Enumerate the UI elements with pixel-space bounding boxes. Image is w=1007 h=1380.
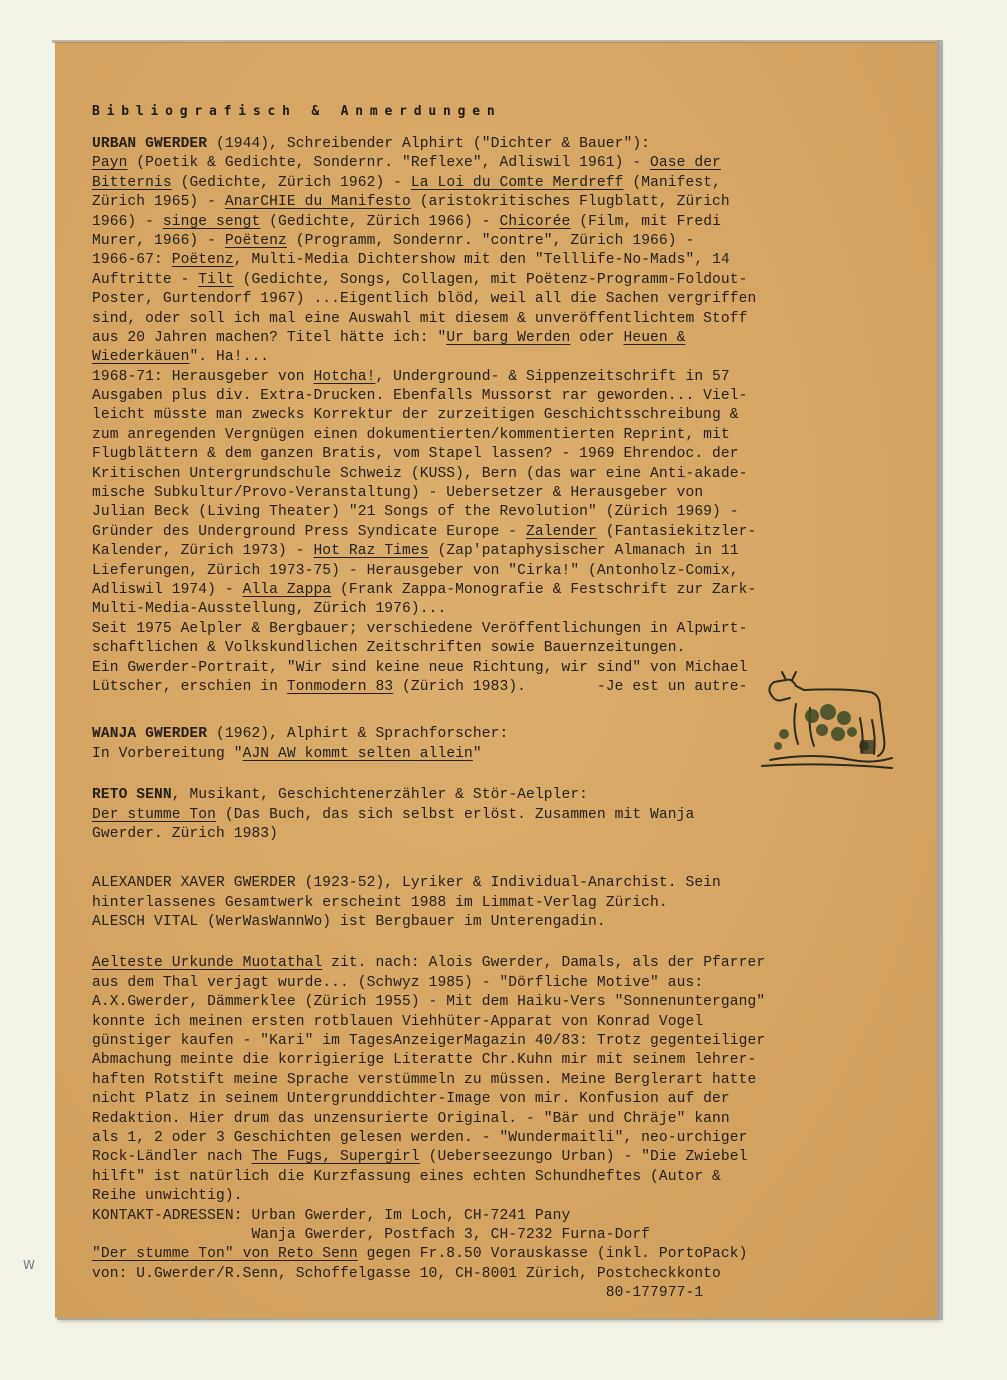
text-segment: (Gedichte, Songs, Collagen, mit Poëtenz-… bbox=[234, 272, 748, 288]
text-line: zum anregenden Vergnügen einen dokumenti… bbox=[92, 426, 922, 445]
text-segment: aus 20 Jahren machen? Titel hätte ich: " bbox=[92, 330, 446, 346]
text-segment: günstiger kaufen - "Kari" im TagesAnzeig… bbox=[92, 1033, 765, 1049]
text-line: RETO SENN, Musikant, Geschichtenerzähler… bbox=[92, 786, 922, 805]
text-line: nicht Platz in seinem Untergrunddichter-… bbox=[92, 1090, 922, 1109]
text-line: Gwerder. Zürich 1983) bbox=[92, 825, 922, 844]
text-segment: ALEXANDER XAVER GWERDER (1923-52), Lyrik… bbox=[92, 875, 721, 891]
underlined-title: Zalender bbox=[526, 524, 597, 540]
text-line: Kalender, Zürich 1973) - Hot Raz Times (… bbox=[92, 542, 922, 561]
text-segment: hinterlassenes Gesamtwerk erscheint 1988… bbox=[92, 895, 668, 911]
text-segment: mische Subkultur/Provo-Veranstaltung) - … bbox=[92, 485, 703, 501]
text-line: Adliswil 1974) - Alla Zappa (Frank Zappa… bbox=[92, 581, 922, 600]
paragraph-reto-senn: RETO SENN, Musikant, Geschichtenerzähler… bbox=[92, 786, 922, 844]
author-name: URBAN GWERDER bbox=[92, 136, 207, 152]
text-segment: (Das Buch, das sich selbst erlöst. Zusam… bbox=[216, 807, 694, 823]
text-segment: Zürich 1965) - bbox=[92, 194, 225, 210]
underlined-title: Hotcha! bbox=[313, 369, 375, 385]
text-segment: (Gedichte, Zürich 1962) - bbox=[172, 175, 411, 191]
text-line: leicht müsste man zwecks Korrektur der z… bbox=[92, 406, 922, 425]
text-segment: (Programm, Sondernr. "contre", Zürich 19… bbox=[287, 233, 694, 249]
text-segment: (aristokritisches Flugblatt, Zürich bbox=[411, 194, 730, 210]
text-line: Aelteste Urkunde Muotathal zit. nach: Al… bbox=[92, 954, 922, 973]
text-segment: 1968-71: Herausgeber von bbox=[92, 369, 313, 385]
text-line: Murer, 1966) - Poëtenz (Programm, Sonder… bbox=[92, 232, 922, 251]
text-line: mische Subkultur/Provo-Veranstaltung) - … bbox=[92, 484, 922, 503]
page-title: Bibliografisch & Anmerdungen bbox=[92, 104, 922, 119]
text-segment: aus dem Thal verjagt wurde... (Schwyz 19… bbox=[92, 975, 703, 991]
text-segment: ". Ha!... bbox=[189, 349, 269, 365]
text-segment: Redaktion. Hier drum das unzensurierte O… bbox=[92, 1111, 730, 1127]
text-segment: (Zürich 1983). -Je est un autre- bbox=[393, 679, 747, 695]
underlined-title: Alla Zappa bbox=[243, 582, 332, 598]
text-line: Poster, Gurtendorf 1967) ...Eigentlich b… bbox=[92, 290, 922, 309]
text-segment: hilft" ist natürlich die Kurzfassung ein… bbox=[92, 1169, 721, 1185]
text-line: günstiger kaufen - "Kari" im TagesAnzeig… bbox=[92, 1032, 922, 1051]
text-segment: 1966) - bbox=[92, 214, 163, 230]
text-segment: Rock-Ländler nach bbox=[92, 1149, 251, 1165]
author-name: WANJA GWERDER bbox=[92, 726, 207, 742]
text-line: Gründer des Underground Press Syndicate … bbox=[92, 523, 922, 542]
text-line: 1966) - singe sengt (Gedichte, Zürich 19… bbox=[92, 213, 922, 232]
text-segment: (Zap'pataphysischer Almanach in 11 bbox=[429, 543, 739, 559]
text-segment: Lütscher, erschien in bbox=[92, 679, 287, 695]
text-line: A.X.Gwerder, Dämmerklee (Zürich 1955) - … bbox=[92, 993, 922, 1012]
text-line: URBAN GWERDER (1944), Schreibender Alphi… bbox=[92, 135, 922, 154]
underlined-title: Poëtenz bbox=[172, 252, 234, 268]
paragraph-alexander-xaver-gwerder: ALEXANDER XAVER GWERDER (1923-52), Lyrik… bbox=[92, 874, 922, 932]
text-segment: oder bbox=[570, 330, 623, 346]
underlined-title: AnarCHIE du Manifesto bbox=[225, 194, 411, 210]
paragraph-urban-gwerder: URBAN GWERDER (1944), Schreibender Alphi… bbox=[92, 135, 922, 697]
text-line: Abmachung meinte die korrigierige Litera… bbox=[92, 1051, 922, 1070]
text-segment: von: U.Gwerder/R.Senn, Schoffelgasse 10,… bbox=[92, 1266, 721, 1282]
text-line: sind, oder soll ich mal eine Auswahl mit… bbox=[92, 310, 922, 329]
text-segment: , Musikant, Geschichtenerzähler & Stör-A… bbox=[172, 787, 588, 803]
stray-edge-mark: W bbox=[23, 1258, 35, 1272]
text-line: Wiederkäuen". Ha!... bbox=[92, 348, 922, 367]
underlined-title: Heuen & bbox=[623, 330, 685, 346]
text-segment: 80-177977-1 bbox=[92, 1285, 703, 1301]
underlined-title: Bitternis bbox=[92, 175, 172, 191]
text-segment: , Underground- & Sippenzeitschrift in 57 bbox=[375, 369, 729, 385]
author-name: RETO SENN bbox=[92, 787, 172, 803]
text-line: hinterlassenes Gesamtwerk erscheint 1988… bbox=[92, 894, 922, 913]
text-segment: , Multi-Media Dichtershow mit den "Telll… bbox=[234, 252, 730, 268]
text-line: Flugblättern & dem ganzen Bratis, vom St… bbox=[92, 445, 922, 464]
text-segment: A.X.Gwerder, Dämmerklee (Zürich 1955) - … bbox=[92, 994, 765, 1010]
text-line: Bitternis (Gedichte, Zürich 1962) - La L… bbox=[92, 174, 922, 193]
text-segment: Flugblättern & dem ganzen Bratis, vom St… bbox=[92, 446, 739, 462]
text-line: Redaktion. Hier drum das unzensurierte O… bbox=[92, 1110, 922, 1129]
text-segment: 1966-67: bbox=[92, 252, 172, 268]
text-line: Auftritte - Tilt (Gedichte, Songs, Colla… bbox=[92, 271, 922, 290]
text-segment: Auftritte - bbox=[92, 272, 198, 288]
text-line: Ausgaben plus div. Extra-Drucken. Ebenfa… bbox=[92, 387, 922, 406]
text-segment: Ausgaben plus div. Extra-Drucken. Ebenfa… bbox=[92, 388, 747, 404]
text-segment: konnte ich meinen ersten rotblauen Viehh… bbox=[92, 1014, 703, 1030]
text-line: aus dem Thal verjagt wurde... (Schwyz 19… bbox=[92, 974, 922, 993]
text-segment: (Uebersee­zungo Urban) - "Die Zwiebel bbox=[420, 1149, 748, 1165]
text-line: hilft" ist natürlich die Kurzfassung ein… bbox=[92, 1168, 922, 1187]
text-segment: Murer, 1966) - bbox=[92, 233, 225, 249]
text-line: Der stumme Ton (Das Buch, das sich selbs… bbox=[92, 806, 922, 825]
text-segment: KONTAKT-ADRESSEN: Urban Gwerder, Im Loch… bbox=[92, 1208, 570, 1224]
text-segment: sind, oder soll ich mal eine Auswahl mit… bbox=[92, 311, 747, 327]
text-segment: haften Rotstift meine Sprache verstümmel… bbox=[92, 1072, 756, 1088]
text-line: 80-177977-1 bbox=[92, 1284, 922, 1303]
paragraph-anmerkungen: Aelteste Urkunde Muotathal zit. nach: Al… bbox=[92, 954, 922, 1303]
text-segment: Reihe unwichtig). bbox=[92, 1188, 243, 1204]
text-line: KONTAKT-ADRESSEN: Urban Gwerder, Im Loch… bbox=[92, 1207, 922, 1226]
text-segment: (Frank Zappa-Monografie & Festschrift zu… bbox=[331, 582, 756, 598]
underlined-title: Poëtenz bbox=[225, 233, 287, 249]
text-line: Kritischen Untergrundschule Schweiz (KUS… bbox=[92, 465, 922, 484]
text-segment: Adliswil 1974) - bbox=[92, 582, 243, 598]
text-segment: In Vorbereitung " bbox=[92, 746, 243, 762]
text-line: 1968-71: Herausgeber von Hotcha!, Underg… bbox=[92, 368, 922, 387]
text-segment: schaftlichen & Volkskundlichen Zeitschri… bbox=[92, 640, 685, 656]
text-line: haften Rotstift meine Sprache verstümmel… bbox=[92, 1071, 922, 1090]
text-segment: als 1, 2 oder 3 Geschichten gelesen werd… bbox=[92, 1130, 747, 1146]
underlined-title: "Der stumme Ton" von Reto Senn bbox=[92, 1246, 358, 1262]
underlined-title: Payn bbox=[92, 155, 127, 171]
cow-woodcut-icon bbox=[752, 668, 902, 778]
text-segment: nicht Platz in seinem Untergrunddichter-… bbox=[92, 1091, 730, 1107]
text-segment: Poster, Gurtendorf 1967) ...Eigentlich b… bbox=[92, 291, 756, 307]
underlined-title: AJN AW kommt selten allein bbox=[243, 746, 473, 762]
underlined-title: Tonmodern 83 bbox=[287, 679, 393, 695]
text-line: aus 20 Jahren machen? Titel hätte ich: "… bbox=[92, 329, 922, 348]
text-line: Julian Beck (Living Theater) "21 Songs o… bbox=[92, 503, 922, 522]
text-segment: (Poetik & Gedichte, Sondernr. "Reflexe",… bbox=[127, 155, 650, 171]
text-segment: zum anregenden Vergnügen einen dokumenti… bbox=[92, 427, 730, 443]
underlined-title: The Fugs, Supergirl bbox=[251, 1149, 419, 1165]
text-segment: Lieferungen, Zürich 1973-75) - Herausgeb… bbox=[92, 563, 739, 579]
text-line: Wanja Gwerder, Postfach 3, CH-7232 Furna… bbox=[92, 1226, 922, 1245]
text-line: konnte ich meinen ersten rotblauen Viehh… bbox=[92, 1013, 922, 1032]
text-line: Rock-Ländler nach The Fugs, Supergirl (U… bbox=[92, 1148, 922, 1167]
text-segment: Abmachung meinte die korrigierige Litera… bbox=[92, 1052, 756, 1068]
underlined-title: Aelteste Urkunde Muotathal bbox=[92, 955, 322, 971]
underlined-title: Oase der bbox=[650, 155, 721, 171]
text-segment: Ein Gwerder-Portrait, "Wir sind keine ne… bbox=[92, 660, 747, 676]
text-segment: (Film, mit Fredi bbox=[570, 214, 721, 230]
text-line: Lieferungen, Zürich 1973-75) - Herausgeb… bbox=[92, 562, 922, 581]
paragraph-gap bbox=[92, 932, 922, 954]
underlined-title: Wiederkäuen bbox=[92, 349, 189, 365]
text-line: Seit 1975 Aelpler & Bergbauer; verschied… bbox=[92, 620, 922, 639]
text-line: "Der stumme Ton" von Reto Senn gegen Fr.… bbox=[92, 1245, 922, 1264]
text-line: von: U.Gwerder/R.Senn, Schoffelgasse 10,… bbox=[92, 1265, 922, 1284]
text-line: Reihe unwichtig). bbox=[92, 1187, 922, 1206]
text-segment: Seit 1975 Aelpler & Bergbauer; verschied… bbox=[92, 621, 747, 637]
text-segment: Gründer des Underground Press Syndicate … bbox=[92, 524, 526, 540]
text-segment: (1962), Alphirt & Sprachforscher: bbox=[207, 726, 508, 742]
underlined-title: Chicorée bbox=[499, 214, 570, 230]
text-segment: zit. nach: Alois Gwerder, Damals, als de… bbox=[322, 955, 765, 971]
text-segment: (1944), Schreibender Alphirt ("Dichter &… bbox=[207, 136, 650, 152]
text-line: Payn (Poetik & Gedichte, Sondernr. "Refl… bbox=[92, 154, 922, 173]
text-segment: Multi-Media-Ausstellung, Zürich 1976)... bbox=[92, 601, 446, 617]
underlined-title: La Loi du Comte Merdreff bbox=[411, 175, 624, 191]
text-segment: gegen Fr.8.50 Vorauskasse (inkl. PortoPa… bbox=[358, 1246, 748, 1262]
text-segment: (Manifest, bbox=[624, 175, 721, 191]
text-segment: Gwerder. Zürich 1983) bbox=[92, 826, 278, 842]
underlined-title: singe sengt bbox=[163, 214, 260, 230]
text-segment: ALESCH VITAL (WerWasWannWo) ist Bergbaue… bbox=[92, 914, 606, 930]
text-line: Zürich 1965) - AnarCHIE du Manifesto (ar… bbox=[92, 193, 922, 212]
text-line: schaftlichen & Volkskundlichen Zeitschri… bbox=[92, 639, 922, 658]
underlined-title: Hot Raz Times bbox=[313, 543, 428, 559]
text-segment: " bbox=[473, 746, 482, 762]
text-segment: Kritischen Untergrundschule Schweiz (KUS… bbox=[92, 466, 747, 482]
page-edge bbox=[937, 40, 943, 1320]
text-line: ALEXANDER XAVER GWERDER (1923-52), Lyrik… bbox=[92, 874, 922, 893]
text-segment: (Gedichte, Zürich 1966) - bbox=[260, 214, 499, 230]
text-segment: leicht müsste man zwecks Korrektur der z… bbox=[92, 407, 739, 423]
underlined-title: Tilt bbox=[198, 272, 233, 288]
text-segment: Wanja Gwerder, Postfach 3, CH-7232 Furna… bbox=[92, 1227, 650, 1243]
text-line: als 1, 2 oder 3 Geschichten gelesen werd… bbox=[92, 1129, 922, 1148]
text-line: ALESCH VITAL (WerWasWannWo) ist Bergbaue… bbox=[92, 913, 922, 932]
underlined-title: Ur barg Werden bbox=[446, 330, 570, 346]
text-line: 1966-67: Poëtenz, Multi-Media Dichtersho… bbox=[92, 251, 922, 270]
paragraph-gap bbox=[92, 844, 922, 874]
underlined-title: Der stumme Ton bbox=[92, 807, 216, 823]
text-segment: (Fantasiekitzler- bbox=[597, 524, 756, 540]
text-segment: Kalender, Zürich 1973) - bbox=[92, 543, 313, 559]
text-segment: Julian Beck (Living Theater) "21 Songs o… bbox=[92, 504, 739, 520]
text-line: Multi-Media-Ausstellung, Zürich 1976)... bbox=[92, 600, 922, 619]
